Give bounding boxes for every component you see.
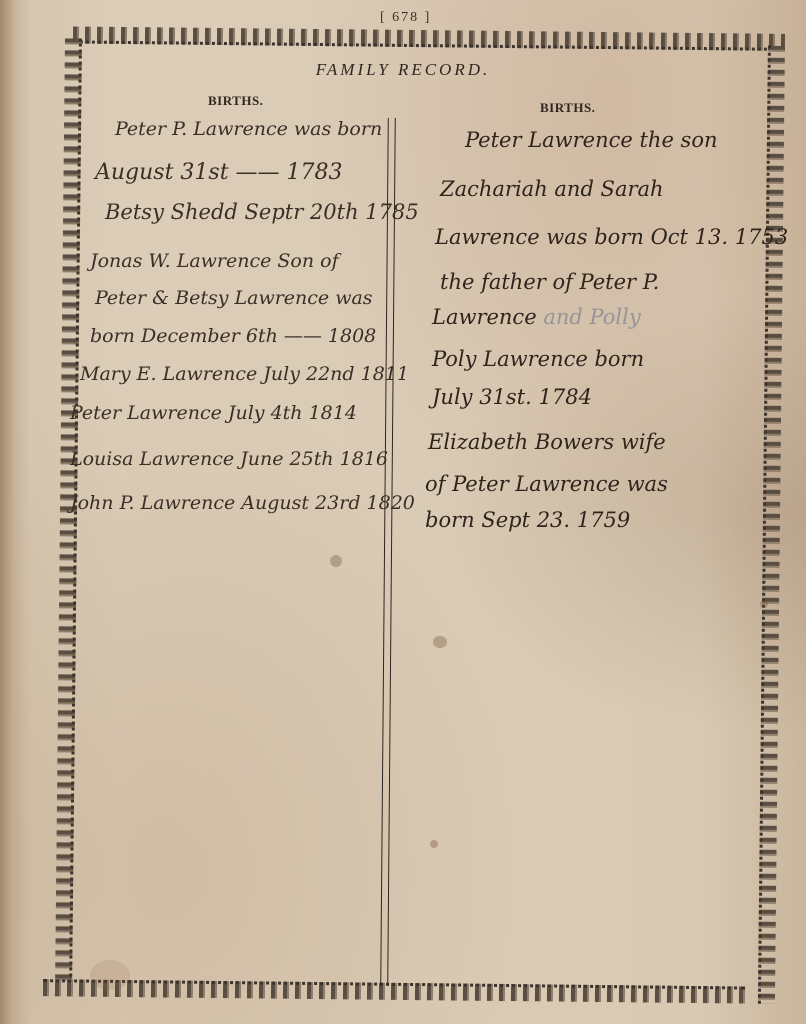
birth-entry: Lawrence was born Oct 13. 1753 [435, 225, 788, 249]
birth-entry: Lawrence and Polly [432, 305, 641, 329]
birth-entry: Elizabeth Bowers wife [428, 430, 666, 454]
page-number: [ 678 ] [380, 10, 431, 26]
birth-entry: Peter & Betsy Lawrence was [95, 287, 373, 309]
birth-entry: Zachariah and Sarah [440, 177, 664, 201]
birth-entry: Jonas W. Lawrence Son of [90, 250, 339, 272]
ink-stain [330, 555, 342, 567]
birth-entry: born Sept 23. 1759 [425, 508, 630, 532]
birth-entry: Betsy Shedd Septr 20th 1785 [105, 200, 419, 224]
birth-entry: Peter Lawrence July 4th 1814 [70, 402, 357, 424]
book-spine [0, 0, 14, 1024]
entry-text: Lawrence [432, 305, 537, 329]
ink-stain [430, 840, 438, 848]
birth-entry: of Peter Lawrence was [425, 472, 668, 496]
birth-entry: Poly Lawrence born [432, 347, 644, 371]
birth-entry: Louisa Lawrence June 25th 1816 [70, 448, 388, 470]
birth-entry: Peter Lawrence the son [465, 128, 718, 152]
family-record-page: [ 678 ] FAMILY RECORD. BIRTHS. BIRTHS. P… [0, 0, 806, 1024]
birth-entry: Mary E. Lawrence July 22nd 1811 [80, 363, 409, 385]
border-bottom [43, 979, 745, 1003]
ink-stain [433, 636, 447, 648]
right-births-heading: BIRTHS. [540, 100, 595, 116]
border-right [758, 46, 785, 1004]
birth-entry: John P. Lawrence August 23rd 1820 [70, 492, 415, 514]
border-top [73, 26, 785, 50]
birth-entry: August 31st —— 1783 [95, 160, 343, 185]
birth-entry: born December 6th —— 1808 [90, 325, 376, 347]
pencil-annotation: and Polly [543, 305, 640, 329]
left-births-heading: BIRTHS. [208, 93, 263, 109]
birth-entry: Peter P. Lawrence was born [115, 118, 382, 140]
page-title: FAMILY RECORD. [0, 60, 806, 80]
ink-stain [760, 600, 768, 608]
birth-entry: July 31st. 1784 [432, 385, 592, 409]
water-stain [90, 960, 130, 990]
birth-entry: the father of Peter P. [440, 270, 659, 294]
